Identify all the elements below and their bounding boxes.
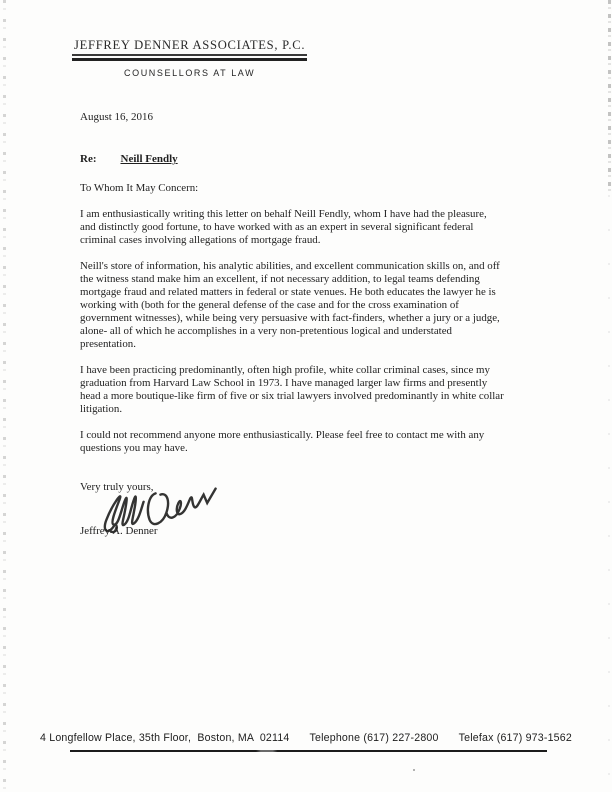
scan-artifact-right-edge bbox=[608, 195, 610, 792]
letterhead-rule-thick bbox=[72, 58, 307, 61]
letterhead-tagline: COUNSELLORS AT LAW bbox=[72, 68, 307, 78]
re-label: Re: bbox=[80, 153, 97, 165]
paragraph-4: I could not recommend anyone more enthus… bbox=[80, 429, 562, 455]
footer-contact-line: 4 Longfellow Place, 35th Floor, Boston, … bbox=[0, 732, 612, 744]
paragraph-2: Neill's store of information, his analyt… bbox=[80, 260, 562, 351]
handwritten-signature bbox=[98, 491, 238, 525]
paragraph-3: I have been practicing predominantly, of… bbox=[80, 364, 562, 416]
letter-page: JEFFREY DENNER ASSOCIATES, P.C. COUNSELL… bbox=[0, 0, 612, 792]
salutation: To Whom It May Concern: bbox=[80, 182, 562, 195]
scan-artifact-right-edge-top bbox=[608, 0, 611, 195]
firm-name: JEFFREY DENNER ASSOCIATES, P.C. bbox=[72, 38, 307, 53]
footer-telefax: Telefax (617) 973-1562 bbox=[459, 732, 572, 744]
letterhead-rule-thin bbox=[72, 54, 307, 56]
scan-artifact-left-edge bbox=[3, 0, 6, 792]
scan-artifact-speck bbox=[413, 769, 415, 771]
footer-address: 4 Longfellow Place, 35th Floor, Boston, … bbox=[40, 732, 290, 744]
footer-rule bbox=[70, 750, 547, 752]
re-line: Re:Neill Fendly bbox=[80, 153, 178, 165]
paragraph-1: I am enthusiastically writing this lette… bbox=[80, 208, 562, 247]
letterhead: JEFFREY DENNER ASSOCIATES, P.C. COUNSELL… bbox=[72, 38, 307, 78]
signature-scribble-icon bbox=[98, 485, 230, 533]
letter-date: August 16, 2016 bbox=[80, 111, 153, 123]
re-subject: Neill Fendly bbox=[121, 153, 178, 165]
letter-body: To Whom It May Concern: I am enthusiasti… bbox=[80, 182, 562, 538]
footer-telephone: Telephone (617) 227-2800 bbox=[310, 732, 439, 744]
